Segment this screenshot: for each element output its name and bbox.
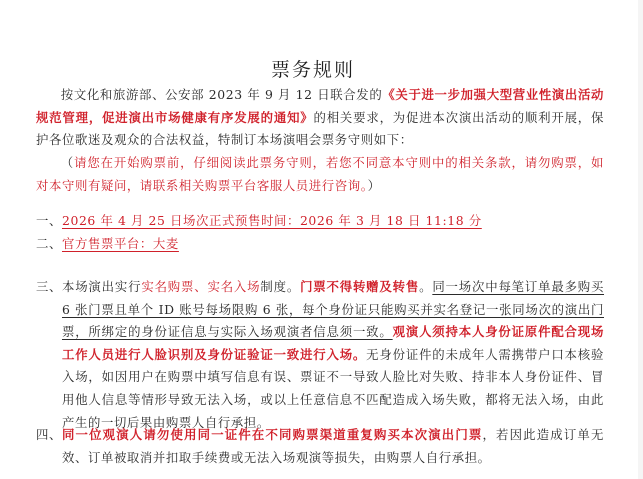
item-number: 四、 xyxy=(36,424,62,469)
item-number: 一、 xyxy=(36,210,62,233)
notice-paragraph: （请您在开始购票前，仔细阅读此票务守则，若您不同意本守则中的相关条款，请勿购票，… xyxy=(36,152,604,197)
presale-time: 2026 年 4 月 25 日场次正式预售时间：2026 年 3 月 18 日 … xyxy=(62,213,482,228)
page-title: 票务规则 xyxy=(0,55,626,82)
duplicate-purchase-warning: 同一位观演人请勿使用同一证件在不同购票渠道重复购买本次演出门票 xyxy=(62,427,483,442)
item-number: 三、 xyxy=(36,276,62,434)
paren-close: ） xyxy=(368,178,381,193)
notice-text: 请您在开始购票前，仔细阅读此票务守则，若您不同意本守则中的相关条款，请勿购票，如… xyxy=(36,155,604,193)
no-transfer-policy: 门票不得转赠及转售 xyxy=(300,279,419,294)
official-platform: 官方售票平台：大麦 xyxy=(62,236,179,251)
rule-text: 。 xyxy=(419,279,432,294)
item-number: 二、 xyxy=(36,233,62,256)
paren-open: （ xyxy=(61,155,74,170)
rule-text: 本场演出实行 xyxy=(62,279,141,294)
rule-item-4: 四、 同一位观演人请勿使用同一证件在不同购票渠道重复购买本次演出门票，若因此造成… xyxy=(36,424,604,469)
document-page: 票务规则 按文化和旅游部、公安部 2023 年 9 月 12 日联合发的《关于进… xyxy=(0,0,638,479)
rule-item-1: 一、 2026 年 4 月 25 日场次正式预售时间：2026 年 3 月 18… xyxy=(36,210,604,233)
rule-item-2: 二、 官方售票平台：大麦 xyxy=(36,233,604,256)
intro-paragraph: 按文化和旅游部、公安部 2023 年 9 月 12 日联合发的《关于进一步加强大… xyxy=(36,84,604,152)
side-panel xyxy=(638,0,643,479)
real-name-policy: 实名购票、实名入场 xyxy=(141,279,260,294)
rule-text: 制度。 xyxy=(260,279,300,294)
intro-text: 按文化和旅游部、公安部 2023 年 9 月 12 日联合发的 xyxy=(61,87,383,102)
rule-item-3: 三、 本场演出实行实名购票、实名入场制度。门票不得转赠及转售。同一场次中每笔订单… xyxy=(36,276,604,434)
